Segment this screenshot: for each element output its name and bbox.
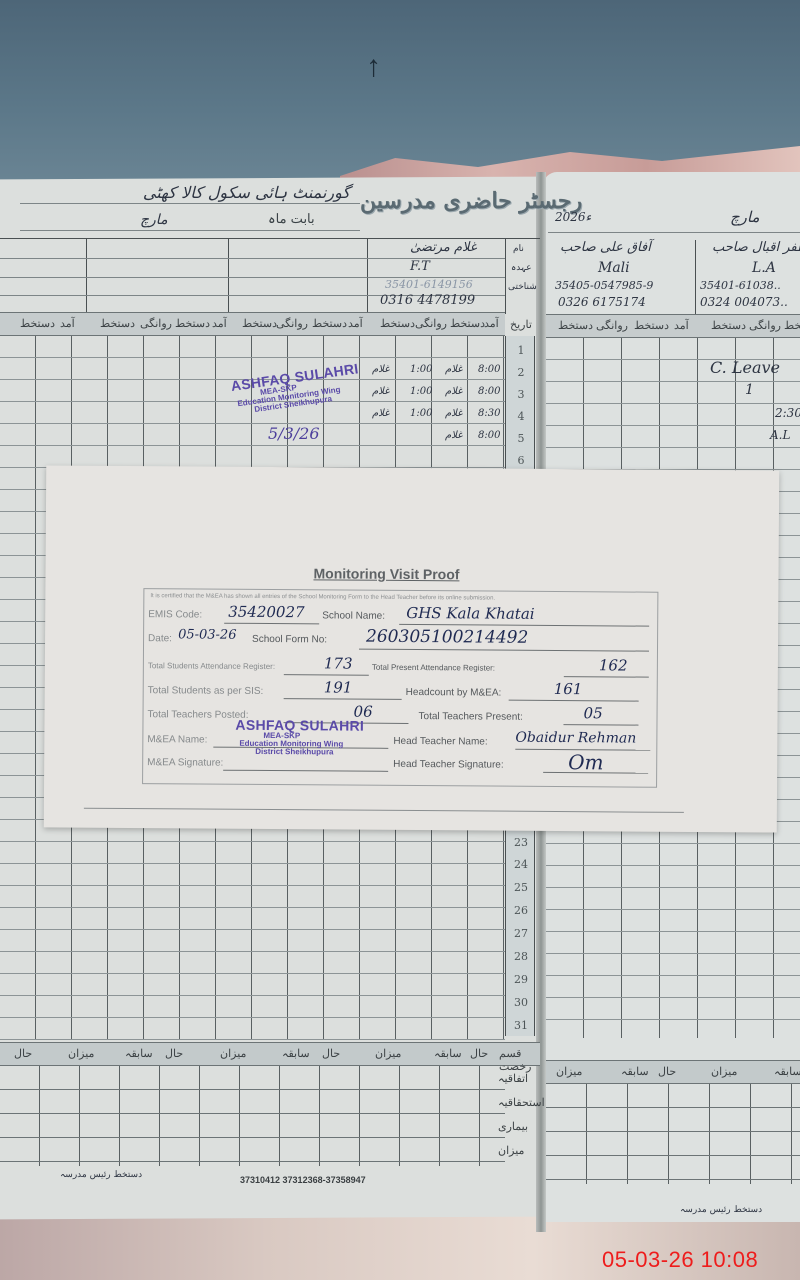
summary-col: میزان [556, 1065, 582, 1078]
leave-summary-header: حال میزان سابقہ حال میزان سابقہ حال میزا… [0, 1042, 540, 1066]
field-line [284, 698, 402, 700]
teacher-1-name: غلام مرتضیٰ [410, 240, 477, 255]
date-label: Date: [148, 633, 172, 644]
divider [695, 240, 696, 316]
row-label-name: نام [513, 244, 524, 254]
col-header: دستخط [100, 317, 135, 330]
month-value: مارچ [140, 212, 168, 228]
day-number: 28 [509, 950, 533, 963]
attendance-column-header: دستخط آمد دستخط روانگی دستخط آمد دستخط ر… [0, 312, 505, 336]
col-header: دستخط [380, 317, 415, 330]
col-header: آمد [60, 317, 75, 330]
day-number: 25 [509, 881, 533, 894]
emis-code-value: 35420027 [228, 603, 304, 622]
day-number: 24 [509, 858, 533, 871]
row-label-post: عہدہ [511, 263, 532, 273]
day-number: 3 [509, 388, 533, 401]
day-number: 31 [509, 1019, 533, 1032]
col-header: روانگی [276, 317, 308, 330]
col-header: دستخط [711, 319, 746, 332]
summary-row-label: استحقاقیہ [498, 1096, 545, 1109]
col-header: روانگی [749, 319, 781, 332]
monitoring-form: It is certified that the M&EA has shown … [142, 588, 658, 788]
monitoring-visit-proof-card: Monitoring Visit Proof It is certified t… [44, 465, 780, 832]
day-number: 4 [509, 410, 533, 423]
divider [505, 238, 506, 314]
total-students-sis-value: 191 [324, 678, 353, 696]
month-line [20, 230, 360, 231]
camera-timestamp: 05-03-26 10:08 [602, 1247, 758, 1273]
entry-sign: غلام [445, 364, 462, 375]
school-name-handwritten: گورنمنٹ ہائی سکول کالا کھٹی [60, 183, 350, 202]
summary-col: حال [322, 1047, 340, 1060]
certification-note: It is certified that the M&EA has shown … [150, 593, 495, 601]
field-line [224, 623, 319, 625]
school-form-no-value: 260305100214492 [366, 627, 528, 648]
col-header: دستخط [784, 319, 800, 332]
arrow-up-icon: ↑ [366, 50, 381, 84]
teacher-3-phone: 0324 004073.. [700, 295, 788, 309]
school-name-label: School Name: [322, 610, 385, 621]
principal-signature-label-right: دستخط رئیس مدرسہ [680, 1205, 762, 1215]
col-header: آمد [484, 317, 499, 330]
teacher-3-name: ظفر اقبال صاحب [712, 240, 800, 255]
total-students-register-label: Total Students Attendance Register: [148, 661, 275, 671]
school-form-no-label: School Form No: [252, 634, 327, 646]
head-teacher-name-label: Head Teacher Name: [393, 736, 487, 748]
summary-col: سابقہ [125, 1047, 153, 1060]
entry-sign: غلام [445, 430, 462, 441]
day-number: 27 [509, 927, 533, 940]
entry-sign: غلام [372, 408, 389, 419]
col-header: روانگی [415, 317, 447, 330]
summary-col: حال [658, 1065, 676, 1078]
stamp-district: District Sheikhupura [255, 748, 364, 757]
summary-col: میزان [220, 1047, 246, 1060]
total-present-register-value: 162 [599, 656, 628, 674]
day-number: 26 [509, 904, 533, 917]
school-name-line [20, 203, 360, 204]
headcount-label: Headcount by M&EA: [406, 687, 502, 699]
field-line [284, 674, 369, 676]
field-line [223, 770, 388, 772]
col-header: دستخط [242, 317, 277, 330]
teacher-2-phone: 0326 6175174 [558, 295, 646, 309]
card-title: Monitoring Visit Proof [313, 565, 459, 582]
col-header: دستخط [634, 319, 669, 332]
right-entry: 2:30 [775, 406, 800, 420]
day-number: 30 [509, 996, 533, 1009]
entry-departure: 1:00 [410, 364, 432, 375]
leave-summary-grid-right [546, 1084, 800, 1184]
teachers-present-value: 05 [583, 704, 602, 722]
date-value: 05-03-26 [178, 627, 237, 642]
col-header: روانگی [140, 317, 172, 330]
col-header: دستخط [312, 317, 347, 330]
leave-summary-grid [0, 1066, 505, 1166]
head-teacher-signature-label: Head Teacher Signature: [393, 759, 504, 771]
emis-code-label: EMIS Code: [148, 609, 202, 620]
head-teacher-name-value: Obaidur Rehman [515, 730, 636, 747]
leave-summary-header-right: میزان سابقہ حال میزان سابقہ [546, 1060, 800, 1084]
summary-col: حال [14, 1047, 32, 1060]
summary-col: سابقہ [434, 1047, 462, 1060]
row-label-cnic: شناختی [508, 282, 537, 292]
divider [86, 238, 87, 314]
attendance-column-header-right: دستخط روانگی دستخط آمد دستخط روانگی دستخ… [546, 314, 800, 338]
summary-col: میزان [711, 1065, 737, 1078]
teacher-2-cnic: 35405-0547985-9 [555, 279, 653, 292]
summary-col: میزان [68, 1047, 94, 1060]
teacher-1-phone: 0316 4478199 [380, 293, 475, 308]
right-entry-leave: C. Leave [710, 358, 780, 377]
entry-arrival: 8:00 [478, 386, 500, 397]
right-page-year: 2026ء [555, 210, 591, 224]
teacher-1-cnic: 35401-6149156 [385, 278, 473, 291]
right-entry: 1 [745, 382, 754, 398]
entry-sign: غلام [372, 386, 389, 397]
summary-row-label: میزان [498, 1144, 524, 1157]
school-name-value: GHS Kala Khatai [406, 604, 534, 623]
entry-sign: غلام [445, 386, 462, 397]
summary-col: سابقہ [282, 1047, 310, 1060]
month-label: بابت ماہ [268, 212, 315, 227]
col-header: آمد [348, 317, 363, 330]
principal-signature-label: دستخط رئیس مدرسہ [60, 1170, 142, 1180]
total-present-register-label: Total Present Attendance Register: [372, 663, 495, 673]
col-header: آمد [674, 319, 689, 332]
summary-row-label: بیماری [498, 1120, 528, 1133]
teacher-2-post: Mali [598, 260, 630, 276]
day-number: 1 [509, 344, 533, 357]
day-number: 5 [509, 432, 533, 445]
col-header: دستخط [175, 317, 210, 330]
divider [367, 238, 368, 314]
entry-arrival: 8:00 [478, 430, 500, 441]
head-teacher-signature: Om [568, 750, 604, 774]
entry-departure: 1:00 [410, 408, 432, 419]
col-header: روانگی [596, 319, 628, 332]
day-number: 6 [509, 454, 533, 467]
teacher-3-cnic: 35401-61038.. [700, 279, 781, 292]
entry-arrival: 8:00 [478, 364, 500, 375]
day-number: 29 [509, 973, 533, 986]
teacher-3-post: L.A [752, 260, 776, 276]
teacher-2-name: آفاق علی صاحب [560, 240, 651, 255]
printer-phone-numbers: 37310412 37312368-37358947 [240, 1175, 366, 1185]
col-header: دستخط [450, 317, 485, 330]
field-line [563, 724, 638, 726]
summary-col: سابقہ [774, 1065, 800, 1078]
header-rule [0, 238, 540, 239]
day-number: 2 [509, 366, 533, 379]
summary-col: حال [470, 1047, 488, 1060]
field-line [359, 649, 649, 652]
right-entry: A.L [770, 428, 790, 442]
col-header: دستخط [20, 317, 55, 330]
summary-first-col: قسم رخصت [499, 1047, 540, 1073]
rule [548, 232, 800, 233]
headcount-value: 161 [554, 680, 583, 698]
mea-name-label: M&EA Name: [147, 734, 207, 745]
teacher-1-post: F.T [410, 259, 430, 274]
summary-col: سابقہ [621, 1065, 649, 1078]
right-page-month: مارچ [730, 208, 760, 226]
teachers-present-label: Total Teachers Present: [418, 711, 522, 723]
field-line [509, 700, 639, 702]
entry-departure: 1:00 [410, 386, 432, 397]
summary-col: میزان [375, 1047, 401, 1060]
summary-col: حال [165, 1047, 183, 1060]
register-title: رجسٹر حاضری مدرسین [360, 188, 582, 214]
summary-row-label: اتفاقیہ [498, 1072, 528, 1085]
mea-signature-label: M&EA Signature: [147, 757, 223, 769]
divider [228, 238, 229, 314]
entry-arrival: 8:30 [478, 408, 500, 419]
entry-sign: غلام [445, 408, 462, 419]
day-number: 23 [509, 836, 533, 849]
col-header: آمد [212, 317, 227, 330]
col-header: دستخط [558, 319, 593, 332]
teachers-posted-label: Total Teachers Posted: [147, 709, 248, 721]
card-bottom-rule [84, 808, 684, 813]
total-students-sis-label: Total Students as per SIS: [148, 685, 264, 697]
stamp-date-handwritten: 5/3/26 [268, 424, 320, 443]
entry-sign: غلام [372, 364, 389, 375]
official-stamp-card: ASHFAQ SULAHRI MEA-SKP Education Monitor… [235, 718, 364, 757]
day-column-header: تاریخ [510, 318, 532, 331]
field-line [564, 676, 649, 678]
total-students-register-value: 173 [324, 654, 353, 672]
